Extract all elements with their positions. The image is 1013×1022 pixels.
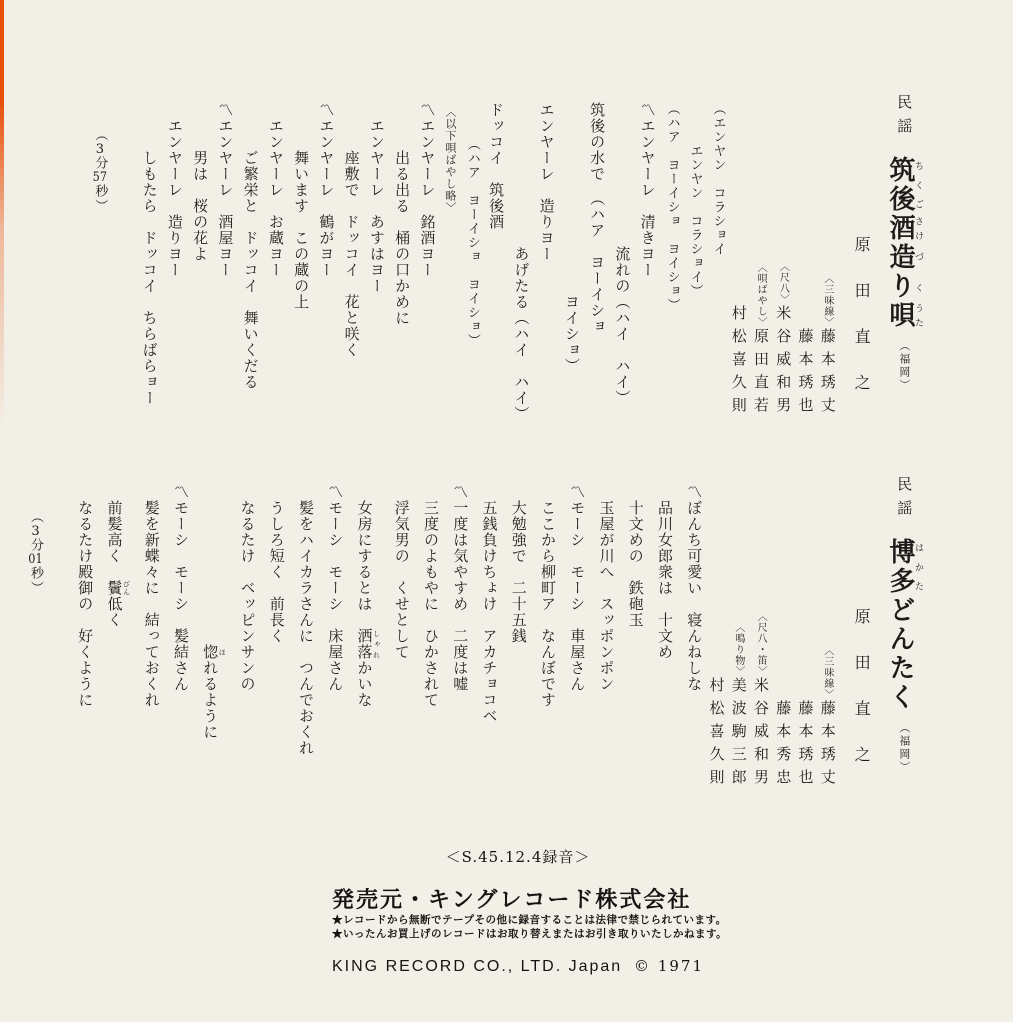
region-label: （福岡）	[897, 722, 910, 774]
lyric-line: 大勉強で 二十五銭	[509, 484, 526, 806]
lyric-line: なるたけ殿御の 好くように	[76, 484, 93, 806]
song-section-hakata-dontaku: 民謡 博多はかたどんたく （福岡） 原田直之 〈三味線〉藤本琇丈藤本琇也藤本秀忠…	[23, 470, 923, 792]
lyric-line: 男は 桜の花よ	[191, 102, 208, 434]
liner-notes-page: 民謡 筑後ちくご酒さけ造りづく唄うた （福岡） 原田直之 〈三味線〉藤本琇丈藤本…	[0, 0, 1013, 1022]
lyric-line: 筑後の水で （ハア ヨーイショ	[588, 102, 605, 434]
genre-label: 民謡	[895, 476, 912, 524]
return-policy-line: ★いったんお買上げのレコードはお取り替えまたはお引き取りいたしかねます。	[332, 928, 704, 942]
footer: ＜S.45.12.4録音＞ 発売元・キングレコード株式会社 ★レコードから無断で…	[332, 846, 704, 976]
lyric-line: なるたけ ベッピンサンの	[238, 484, 255, 806]
lyric-line: 舞います この蔵の上	[292, 102, 309, 434]
lyric-line: ご繁栄と ドッコイ 舞いくだる	[241, 102, 258, 434]
sleeve-edge	[0, 0, 4, 430]
credit-entry: 〈三味線〉藤本琇丈	[818, 88, 835, 420]
lyric-line: 〽エンヤーレ 鶴がヨー	[317, 102, 334, 434]
title-column: 民謡 博多はかたどんたく （福岡）	[884, 470, 923, 792]
lyric-line: 〽ぼんち可愛い 寝んねしな	[685, 484, 702, 806]
lyric-line: 髪を新蝶々に 結っておくれ	[142, 484, 159, 806]
credit-entry: 藤本琇也	[796, 88, 813, 420]
song-section-chikugo-sakezukuri-uta: 民謡 筑後ちくご酒さけ造りづく唄うた （福岡） 原田直之 〈三味線〉藤本琇丈藤本…	[87, 88, 923, 420]
lyric-line: ここから柳町ア なんぼです	[539, 484, 556, 806]
credits-group: 〈三味線〉藤本琇丈藤本琇也藤本秀忠〈尺八・笛〉米谷威和男〈鳴り物〉美波駒三郎村松…	[707, 470, 836, 792]
lyric-line: あげたる（ハイ ハイ）	[512, 102, 529, 434]
lyric-line: 〽モーシ モーシ 車屋さん	[568, 484, 585, 806]
lyric-line: 玉屋が川へ スッポンポン	[597, 484, 614, 806]
credit-entry: 〈唄ばやし〉原田直若	[752, 88, 769, 420]
lyric-line: 前髪高く 鬢びん低く	[105, 484, 130, 806]
lyric-line: 十文めの 鉄砲玉	[626, 484, 643, 806]
lyric-line: エンヤーレ あすはヨー	[368, 102, 385, 434]
lyric-line: うしろ短く 前長く	[267, 484, 284, 806]
credit-entry: 〈鳴り物〉美波駒三郎	[729, 470, 746, 792]
singer-name: 原田直之	[852, 88, 870, 420]
credit-entry: 〈尺八〉米谷威和男	[774, 88, 791, 420]
lyric-line: 出る出る 桶の口かめに	[393, 102, 410, 434]
lyric-line: 〽モーシ モーシ 床屋さん	[326, 484, 343, 806]
lyrics-group: 〽ぼんち可愛い 寝んねしな 品川女郎衆は 十文め 十文めの 鉄砲玉 玉屋が川へ …	[76, 470, 702, 806]
lyric-line: 流れの（ハイ ハイ）	[613, 102, 630, 434]
lyric-line: 髪をハイカラさんに つんでおくれ	[297, 484, 314, 806]
lyric-line: ヨイショ）	[563, 102, 580, 434]
lyric-line: 〽エンヤーレ 銘酒ヨー	[418, 102, 435, 434]
lyric-line: （エンヤン コラショイ	[710, 102, 725, 434]
credit-entry: 村松喜久則	[729, 88, 746, 420]
lyric-line: 〈以下唄ばやし略〉	[443, 102, 456, 434]
credit-entry: 〈尺八・笛〉米谷威和男	[752, 470, 769, 792]
song-title: 筑後ちくご酒さけ造りづく唄うた	[884, 156, 923, 330]
lyric-line: （ハア ヨーイショ ヨイショ）	[664, 102, 679, 434]
lyric-line: 三度のよもやに ひかされて	[422, 484, 439, 806]
company-name-en: KING RECORD CO., LTD. Japan	[332, 958, 622, 976]
copyright-year: © 1971	[634, 957, 704, 975]
credits-group: 〈三味線〉藤本琇丈藤本琇也〈尺八〉米谷威和男〈唄ばやし〉原田直若村松喜久則	[729, 88, 835, 420]
lyric-line: 〽一度は気やすめ 二度は嘘	[451, 484, 468, 806]
lyric-line: 惚ほれるように	[201, 484, 226, 806]
lyric-line: 女房にするとは 洒落しゃれかいな	[355, 484, 380, 806]
copy-warning-line: ★レコードから無断でテープその他に録音することは法律で禁じられています。	[332, 914, 704, 928]
song-title: 博多はかたどんたく	[884, 538, 923, 712]
lyric-line: しもたら ドッコイ ちらばらョー	[140, 102, 157, 434]
lyric-line: 〽エンヤーレ 清きヨー	[638, 102, 655, 434]
lyric-line: 座敷で ドッコイ 花と咲く	[342, 102, 359, 434]
title-column: 民謡 筑後ちくご酒さけ造りづく唄うた （福岡）	[884, 88, 923, 420]
recording-date: ＜S.45.12.4録音＞	[332, 846, 704, 867]
genre-label: 民謡	[895, 94, 912, 142]
lyric-line: 〽モーシ モーシ 髪結さん	[172, 484, 189, 806]
duration-label: （3分57秒）	[91, 88, 106, 420]
lyrics-group: （エンヤン コラショイ エンヤン コラショイ）（ハア ヨーイショ ヨイショ）〽エ…	[140, 88, 724, 434]
duration-label: （3分01秒）	[27, 470, 42, 792]
lyric-line: 五銭負けちょけ アカチョコベ	[480, 484, 497, 806]
credit-entry: 藤本秀忠	[774, 470, 791, 792]
lyric-line: （ハア ヨーイショ ヨイショ）	[464, 102, 479, 434]
credit-entry: 藤本琇也	[796, 470, 813, 792]
publisher-line: 発売元・キングレコード株式会社	[332, 883, 704, 914]
english-company-line: KING RECORD CO., LTD. Japan © 1971	[332, 957, 704, 976]
lyric-line: エンヤーレ 造りヨー	[537, 102, 554, 434]
credit-entry: 〈三味線〉藤本琇丈	[818, 470, 835, 792]
lyric-line: 〽エンヤーレ 酒屋ヨー	[216, 102, 233, 434]
singer-name: 原田直之	[852, 470, 870, 792]
lyric-line: エンヤン コラショイ）	[687, 102, 702, 434]
lyric-line: ドッコイ 筑後酒	[487, 102, 504, 434]
credit-entry: 村松喜久則	[707, 470, 724, 792]
lyric-line: エンヤーレ お蔵ヨー	[267, 102, 284, 434]
lyric-line: 品川女郎衆は 十文め	[656, 484, 673, 806]
lyric-line: エンヤーレ 造りヨー	[166, 102, 183, 434]
region-label: （福岡）	[897, 340, 910, 392]
lyric-line: 浮気男の くせとして	[392, 484, 409, 806]
